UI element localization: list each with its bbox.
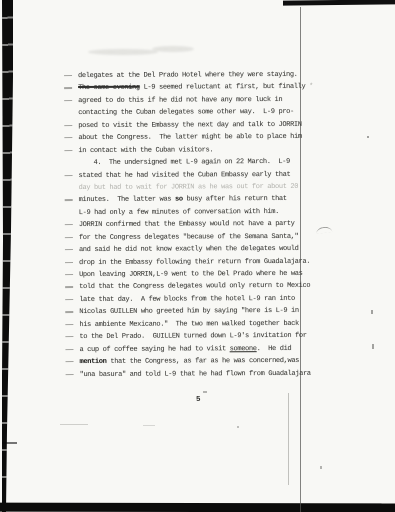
text-segment: a cup of coffee saying he had to visit [79,345,229,354]
text-segment: that the Congress, as far as he was conc… [106,357,299,366]
margin-dash-mark [64,75,72,76]
text-segment: * [305,83,313,91]
scan-speck [371,310,373,314]
scan-speck [237,426,239,428]
margin-dash-mark [64,150,72,151]
text-segment: told that the Congress delegates would o… [79,282,310,291]
text-segment: mention [80,358,107,366]
top-right-scan-bar [283,0,395,6]
margin-dash-mark [66,361,74,362]
margin-dash-mark [65,199,73,200]
margin-dash-mark [65,336,73,337]
text-segment: delegates at the Del Prado Hotel where t… [78,71,298,80]
margin-dash-mark [65,324,73,325]
scan-smudge [152,46,194,52]
left-margin-tick [2,442,17,444]
scan-dash-mark [60,424,88,425]
text-segment: minutes. The latter was [79,196,175,205]
text-segment: posed to visit the Embassy the next day … [78,121,301,130]
text-segment: . He did [257,345,292,353]
margin-dash-mark [65,349,73,350]
left-edge-scan-bar [0,0,15,512]
text-segment: L-9 seemed reluctant at first, but final… [140,83,306,92]
text-segment: stated that he had visited the Cuban Emb… [79,170,291,179]
margin-dash-mark [64,100,72,101]
scan-speck [367,136,369,138]
text-segment: JORRIN confirmed that the Embassy would … [79,220,295,229]
margin-dash-mark [65,311,73,312]
scan-speck [320,466,322,469]
scan-speck [372,344,374,349]
margin-dash-mark [65,286,73,287]
text-segment: The same evening [78,84,140,92]
text-segment: late that day. A few blocks from the hot… [79,295,295,304]
text-segment: contacting the Cuban delegates some othe… [78,108,294,117]
text-segment: for the Congress delegates "because of t… [79,233,299,242]
text-segment: day but had to wait for JORRIN as he was… [79,183,299,192]
text-segment: someone [230,345,257,353]
text-segment: Nicolas GUILLEN who greeted him by sayin… [79,307,299,316]
text-segment: 4. The undersigned met L-9 again on 22 M… [93,158,289,167]
text-segment: about the Congress. The latter might be … [78,133,301,142]
scan-speck [203,391,207,393]
vertical-fold-line-faint [288,393,289,485]
text-segment: to the Del Prado. GUILLEN turned down L-… [79,332,306,341]
bottom-scan-bar [0,503,395,512]
text-segment: in contact with the Cuban visitors. [78,146,213,155]
margin-dash-mark [65,224,73,225]
document-lines: delegates at the Del Prado Hotel where t… [78,69,342,381]
margin-dash-mark [64,137,72,138]
page-number: 5 [196,396,201,404]
margin-dash-mark [65,249,73,250]
text-segment: Upon leaving JORRIN,L-9 went to the Del … [79,270,302,279]
text-segment: and said he did not know exactly when th… [79,245,299,254]
margin-dash-mark [65,299,73,300]
document-body-text: delegates at the Del Prado Hotel where t… [78,69,342,381]
scanned-document-page: delegates at the Del Prado Hotel where t… [0,0,395,512]
text-segment: L-9 had only a few minutes of conversati… [79,208,279,217]
margin-dash-mark [65,262,73,263]
text-line: "una basura" and told L-9 that he had fl… [80,367,342,381]
margin-dash-mark [64,125,72,126]
text-segment: busy after his return that [183,195,287,204]
margin-dash-mark [66,374,74,375]
text-segment: his ambiente Mexicano." The two men walk… [79,320,299,329]
scan-smudge [88,49,158,55]
margin-dash-mark [64,87,72,88]
text-segment: agreed to do this if he did not have any… [78,96,282,105]
text-segment: drop in the Embassy following their retu… [79,257,310,266]
margin-dash-mark [65,237,73,238]
text-segment: "una basura" and told L-9 that he had fl… [80,369,311,378]
scan-dash-mark [143,425,155,426]
text-segment: so [175,196,183,204]
margin-dash-mark [65,274,73,275]
margin-dash-mark [65,175,73,176]
